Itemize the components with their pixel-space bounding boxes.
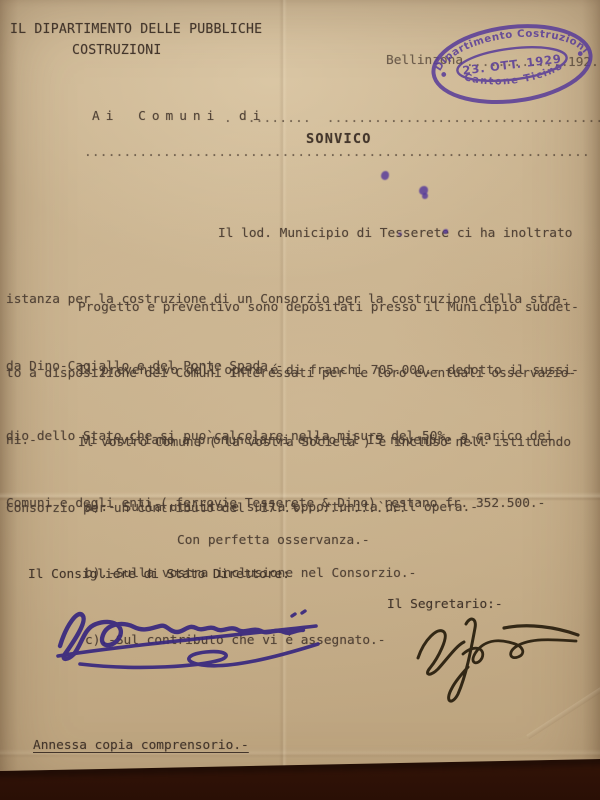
recipient-dotted-line: ........................................… — [84, 142, 590, 164]
ink-blot — [422, 193, 428, 199]
ink-speck — [398, 232, 402, 236]
invitation-line: Vi invitiamo a pronunciarvi entro il I5 … — [82, 430, 490, 452]
letter-photo: IL DIPARTIMENTO DELLE PUBBLICHE COSTRUZI… — [0, 0, 600, 800]
paragraph-1-line1: Il lod. Municipio di Tesserete ci ha ino… — [218, 223, 598, 245]
director-signature — [50, 604, 335, 678]
secretary-signature-tail — [463, 640, 576, 663]
letterhead-line1: IL DIPARTIMENTO DELLE PUBBLICHE — [10, 19, 262, 41]
footer-note: Annessa copia comprensorio.- — [33, 735, 249, 757]
ink-speck — [443, 229, 448, 234]
letterhead-line2: COSTRUZIONI — [72, 40, 162, 62]
ink-blot — [381, 171, 389, 180]
closing-formula: Con perfetta osservanza.- — [177, 530, 370, 552]
secretary-signature-dash — [504, 626, 578, 635]
secretary-signature-stem — [449, 619, 476, 701]
director-title: Il Consigliere di Stato Direttore: — [28, 564, 290, 586]
rubber-stamp: Dipartimento Costruzioni Cantone Ticino … — [415, 3, 600, 125]
secretary-signature-initial — [418, 631, 464, 675]
recipient-dotted-fill: . ........ .............................… — [224, 108, 600, 130]
director-signature-dots — [292, 611, 305, 616]
letter-paper: IL DIPARTIMENTO DELLE PUBBLICHE COSTRUZI… — [0, 0, 600, 800]
secretary-signature — [408, 612, 583, 712]
paragraph-3-line1: Il preventivo dell`opera é di franchi 70… — [78, 360, 598, 382]
point-a: a).- Sulla utilita`e sulla opportunita`d… — [85, 497, 600, 519]
